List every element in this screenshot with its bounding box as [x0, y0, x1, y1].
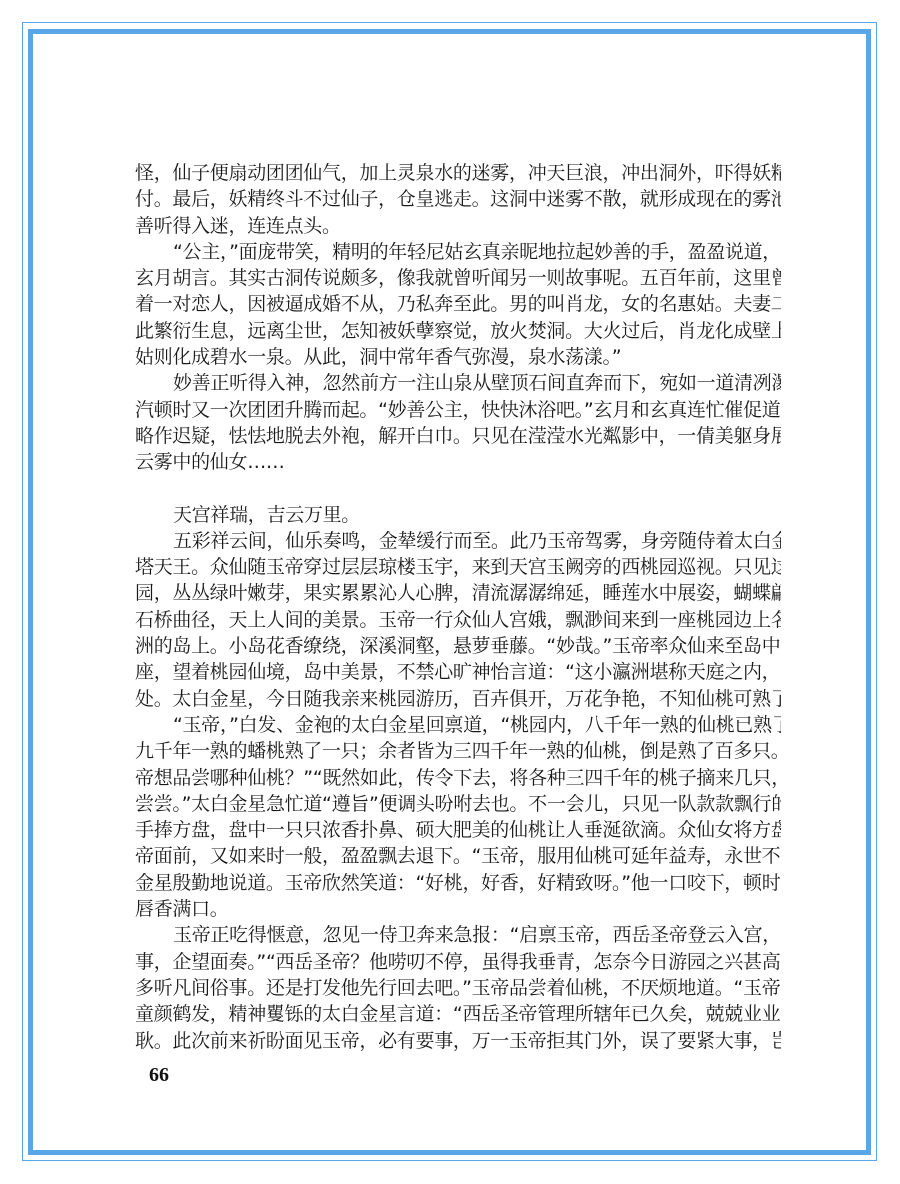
text-line: 事，企望面奏。”“西岳圣帝？他唠叨不停，虽得我垂青，怎奈今日游园之兴甚高，实不愿 [135, 949, 781, 975]
text-line: 略作迟疑，怯怯地脱去外袍，解开白巾。只见在滢滢水光粼影中，一倩美躯身展现，宛若 [135, 423, 781, 449]
section-gap [135, 476, 781, 502]
paragraph: 天宫祥瑞，吉云万里。 [135, 502, 781, 528]
text-line: 帝面前，又如来时一般，盈盈飘去退下。“玉帝，服用仙桃可延年益寿，永世不老。”太白 [135, 843, 781, 869]
text-line: 善听得入迷，连连点头。 [135, 213, 781, 239]
paragraph: “玉帝，”白发、金袍的太白金星回禀道，“桃园内，八千年一熟的仙桃已熟了两只； 九… [135, 712, 781, 922]
text-line: 天宫祥瑞，吉云万里。 [135, 502, 781, 528]
text-line: 唇香满口。 [135, 896, 781, 922]
text-line: 石桥曲径，天上人间的美景。玉帝一行众仙人宫娥，飘渺间来到一座桃园边上名叫小瀛 [135, 607, 781, 633]
text-line: 玄月胡言。其实古洞传说颇多，像我就曾听闻另一则故事呢。五百年前，这里曾经居住 [135, 265, 781, 291]
text-line: “公主，”面庞带笑，精明的年轻尼姑玄真亲昵地拉起妙善的手，盈盈说道，“休要听 [135, 239, 781, 265]
text-line: 多听凡间俗事。还是打发他先行回去吧。”玉帝品尝着仙桃，不厌烦地道。“玉帝且慢。” [135, 975, 781, 1001]
text-line: 云雾中的仙女…… [135, 449, 781, 475]
text-line: 姑则化成碧水一泉。从此，洞中常年香气弥漫，泉水荡漾。” [135, 344, 781, 370]
text-line: 处。太白金星，今日随我亲来桃园游历，百卉俱开，万花争艳，不知仙桃可熟了吗？” [135, 686, 781, 712]
text-line: 塔天王。众仙随玉帝穿过层层琼楼玉宇，来到天宫玉阙旁的西桃园巡视。只见这西桃 [135, 554, 781, 580]
text-line: 九千年一熟的蟠桃熟了一只；余者皆为三四千年一熟的仙桃，倒是熟了百多只。不知玉 [135, 738, 781, 764]
text-line: 五彩祥云间，仙乐奏鸣，金辇缓行而至。此乃玉帝驾雾，身旁随侍着太白金星和托 [135, 528, 781, 554]
text-line: 耿。此次前来祈盼面见玉帝，必有要事，万一玉帝拒其门外，误了要紧大事，岂不悔矣？” [135, 1028, 781, 1054]
text-line: 帝想品尝哪种仙桃？”“既然如此，传令下去，将各种三四千年的桃子摘来几只，让大家 [135, 765, 781, 791]
page-number: 66 [149, 1064, 169, 1087]
paragraph: 五彩祥云间，仙乐奏鸣，金辇缓行而至。此乃玉帝驾雾，身旁随侍着太白金星和托 塔天王… [135, 528, 781, 712]
text-line: 手捧方盘，盘中一只只浓香扑鼻、硕大肥美的仙桃让人垂涎欲滴。众仙女将方盘放置玉 [135, 817, 781, 843]
text-line: 金星殷勤地说道。玉帝欣然笑道：“好桃，好香，好精致呀。”他一口咬下，顿时果汁飞溅… [135, 870, 781, 896]
text-line: 尝尝。”太白金星急忙道“遵旨”便调头吩咐去也。不一会儿，只见一队款款飘行的仙女 [135, 791, 781, 817]
paragraph: 怪，仙子便扇动团团仙气，加上灵泉水的迷雾，冲天巨浪，冲出洞外，吓得妖精不敢应 付… [135, 160, 781, 239]
paragraph: “公主，”面庞带笑，精明的年轻尼姑玄真亲昵地拉起妙善的手，盈盈说道，“休要听 玄… [135, 239, 781, 370]
text-line: 童颜鹤发，精神矍铄的太白金星言道：“西岳圣帝管理所辖年已久矣，兢兢业业，忠心耿 [135, 1001, 781, 1027]
text-line: 座，望着桃园仙境，岛中美景，不禁心旷神怡言道：“这小瀛洲堪称天庭之内，绝佳去 [135, 659, 781, 685]
text-line: 洲的岛上。小岛花香缭绕，深溪洞壑，悬萝垂藤。“妙哉。”玉帝率众仙来至岛中殿内落 [135, 633, 781, 659]
text-line: 妙善正听得入神，忽然前方一注山泉从壁顶石间直奔而下，宛如一道清冽瀑布，水 [135, 370, 781, 396]
text-line: 此繁衍生息，远离尘世，怎知被妖孽察觉，放火焚洞。大火过后，肖龙化成壁上钟乳，惠 [135, 318, 781, 344]
text-line: 玉帝正吃得惬意，忽见一侍卫奔来急报：“启禀玉帝，西岳圣帝登云入宫，有紧急之 [135, 922, 781, 948]
body-text: 怪，仙子便扇动团团仙气，加上灵泉水的迷雾，冲天巨浪，冲出洞外，吓得妖精不敢应 付… [135, 160, 781, 1054]
text-line: “玉帝，”白发、金袍的太白金星回禀道，“桃园内，八千年一熟的仙桃已熟了两只； [135, 712, 781, 738]
text-line: 汽顿时又一次团团升腾而起。“妙善公主，快快沐浴吧。”玄月和玄真连忙催促道。妙善 [135, 397, 781, 423]
text-line: 付。最后，妖精终斗不过仙子，仓皇逃走。这洞中迷雾不散，就形成现在的雾池啦。”妙 [135, 186, 781, 212]
text-line: 园，丛丛绿叶嫩芽，果实累累沁人心脾，清流潺潺绵延，睡莲水中展姿，蝴蝶翩翩飞舞， [135, 580, 781, 606]
text-line: 着一对恋人，因被逼成婚不从，乃私奔至此。男的叫肖龙，女的名惠姑。夫妻二人本想在 [135, 291, 781, 317]
paragraph: 玉帝正吃得惬意，忽见一侍卫奔来急报：“启禀玉帝，西岳圣帝登云入宫，有紧急之 事，… [135, 922, 781, 1053]
text-line: 怪，仙子便扇动团团仙气，加上灵泉水的迷雾，冲天巨浪，冲出洞外，吓得妖精不敢应 [135, 160, 781, 186]
paragraph: 妙善正听得入神，忽然前方一注山泉从壁顶石间直奔而下，宛如一道清冽瀑布，水 汽顿时… [135, 370, 781, 475]
